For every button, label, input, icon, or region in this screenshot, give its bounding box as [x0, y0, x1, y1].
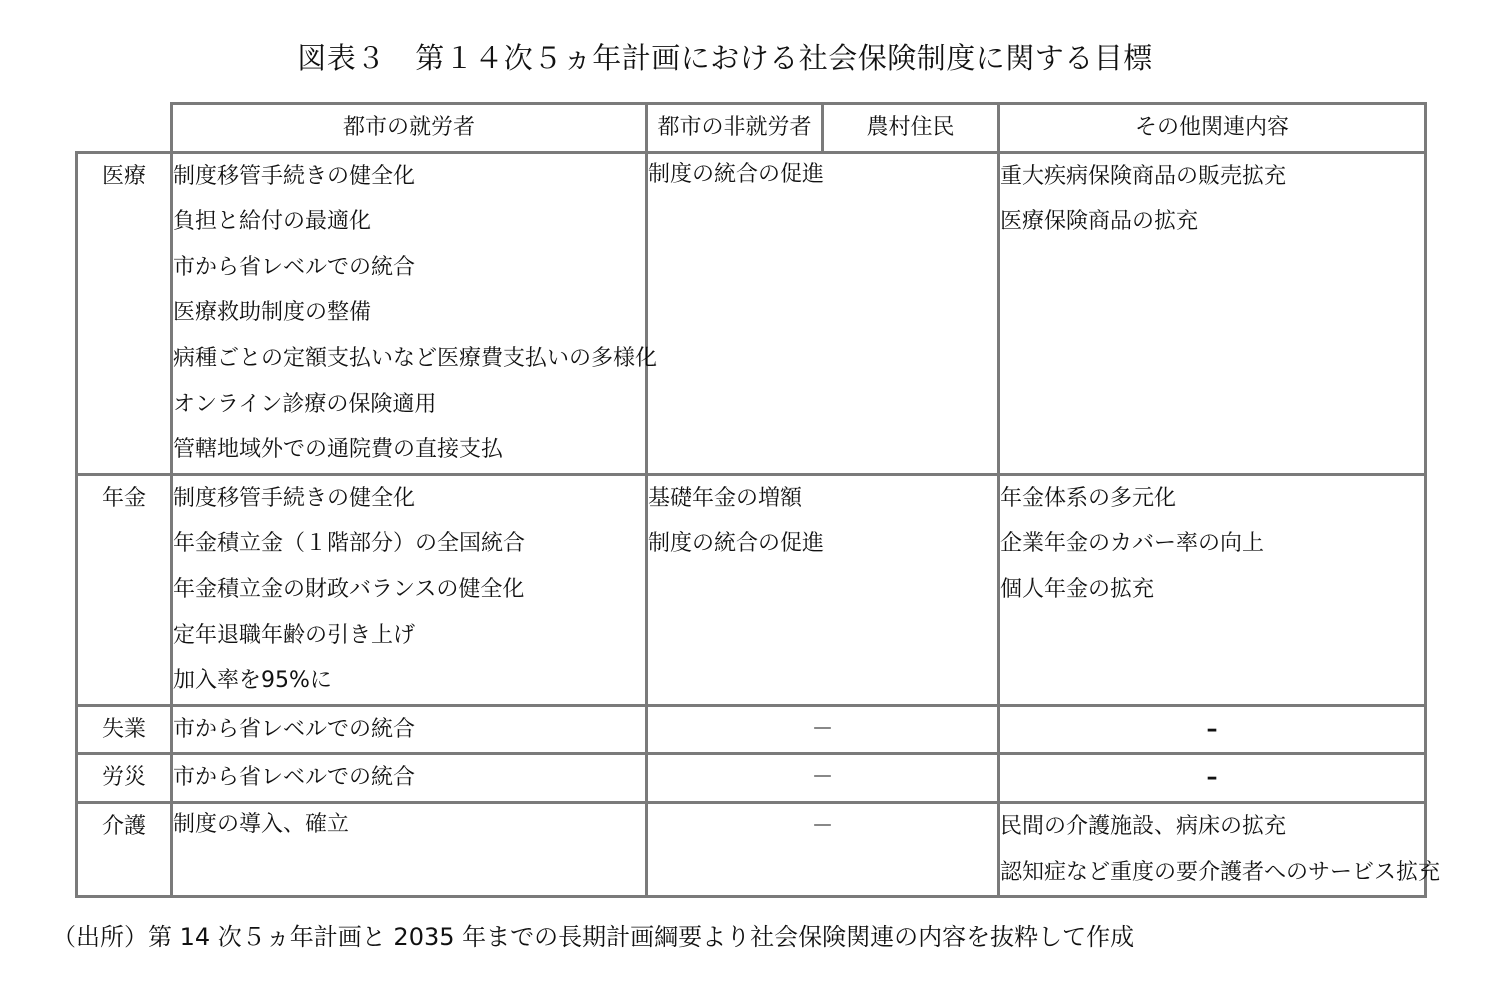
non-workers-rural-long-term-care: －: [647, 802, 999, 896]
goal-item: 定年退職年齢の引き上げ: [173, 613, 645, 659]
table-row-work-injury: 労災 市から省レベルでの統合 － –: [77, 754, 1426, 803]
header-urban-non-workers: 都市の非就労者: [647, 104, 823, 153]
header-urban-workers: 都市の就労者: [172, 104, 647, 153]
goal-item: 重大疾病保険商品の販売拡充: [1000, 154, 1424, 200]
goal-item: 年金体系の多元化: [1000, 476, 1424, 522]
goal-item: 年金積立金（１階部分）の全国統合: [173, 521, 645, 567]
category-long-term-care: 介護: [77, 802, 172, 896]
goal-item: 年金積立金の財政バランスの健全化: [173, 567, 645, 613]
other-related-work-injury: –: [999, 754, 1426, 803]
goal-item: 医療救助制度の整備: [173, 290, 645, 336]
goal-item: 医療保険商品の拡充: [1000, 199, 1424, 245]
goal-item: 認知症など重度の要介護者へのサービス拡充: [1000, 850, 1424, 896]
corner-cell: [77, 104, 172, 153]
urban-workers-work-injury: 市から省レベルでの統合: [172, 754, 647, 803]
goal-item: 制度の統合の促進: [648, 154, 997, 196]
goal-item: 市から省レベルでの統合: [173, 755, 645, 801]
table-row-unemployment: 失業 市から省レベルでの統合 － –: [77, 705, 1426, 754]
figure-title: 図表３ 第１４次５ヵ年計画における社会保険制度に関する目標: [0, 36, 1450, 77]
urban-workers-pension: 制度移管手続きの健全化 年金積立金（１階部分）の全国統合 年金積立金の財政バラン…: [172, 474, 647, 705]
other-related-long-term-care: 民間の介護施設、病床の拡充 認知症など重度の要介護者へのサービス拡充: [999, 802, 1426, 896]
category-unemployment: 失業: [77, 705, 172, 754]
table-row-medical: 医療 制度移管手続きの健全化 負担と給付の最適化 市から省レベルでの統合 医療救…: [77, 152, 1426, 474]
goal-item: 制度の導入、確立: [173, 804, 645, 846]
goal-item: 制度移管手続きの健全化: [173, 476, 645, 522]
goal-item: 市から省レベルでの統合: [173, 707, 645, 753]
category-pension: 年金: [77, 474, 172, 705]
category-work-injury: 労災: [77, 754, 172, 803]
goal-item: 企業年金のカバー率の向上: [1000, 521, 1424, 567]
goal-item: 制度の統合の促進: [648, 521, 997, 566]
urban-workers-medical: 制度移管手続きの健全化 負担と給付の最適化 市から省レベルでの統合 医療救助制度…: [172, 152, 647, 474]
social-insurance-goals-table: 都市の就労者 都市の非就労者 農村住民 その他関連内容 医療 制度移管手続きの健…: [75, 102, 1427, 898]
goal-item: 基礎年金の増額: [648, 476, 997, 521]
goal-item: 負担と給付の最適化: [173, 199, 645, 245]
other-related-unemployment: –: [999, 705, 1426, 754]
header-row: 都市の就労者 都市の非就労者 農村住民 その他関連内容: [77, 104, 1426, 153]
urban-workers-unemployment: 市から省レベルでの統合: [172, 705, 647, 754]
non-workers-rural-work-injury: －: [647, 754, 999, 803]
non-workers-rural-unemployment: －: [647, 705, 999, 754]
non-workers-rural-medical: 制度の統合の促進: [647, 152, 999, 474]
header-other-related: その他関連内容: [999, 104, 1426, 153]
goal-item: 管轄地域外での通院費の直接支払: [173, 427, 645, 473]
other-related-medical: 重大疾病保険商品の販売拡充 医療保険商品の拡充: [999, 152, 1426, 474]
category-medical: 医療: [77, 152, 172, 474]
urban-workers-long-term-care: 制度の導入、確立: [172, 802, 647, 896]
table-row-long-term-care: 介護 制度の導入、確立 － 民間の介護施設、病床の拡充 認知症など重度の要介護者…: [77, 802, 1426, 896]
goal-item: 加入率を95%に: [173, 658, 645, 704]
other-related-pension: 年金体系の多元化 企業年金のカバー率の向上 個人年金の拡充: [999, 474, 1426, 705]
source-note: （出所）第 14 次５ヵ年計画と 2035 年までの長期計画綱要より社会保険関連…: [52, 917, 1134, 952]
header-rural-residents: 農村住民: [823, 104, 999, 153]
goal-item: 民間の介護施設、病床の拡充: [1000, 804, 1424, 850]
table-row-pension: 年金 制度移管手続きの健全化 年金積立金（１階部分）の全国統合 年金積立金の財政…: [77, 474, 1426, 705]
goal-item: 制度移管手続きの健全化: [173, 154, 645, 200]
goal-item: 病種ごとの定額支払いなど医療費支払いの多様化: [173, 336, 645, 382]
non-workers-rural-pension: 基礎年金の増額 制度の統合の促進: [647, 474, 999, 705]
goal-item: 市から省レベルでの統合: [173, 245, 645, 291]
goal-item: 個人年金の拡充: [1000, 567, 1424, 613]
goal-item: オンライン診療の保険適用: [173, 382, 645, 428]
